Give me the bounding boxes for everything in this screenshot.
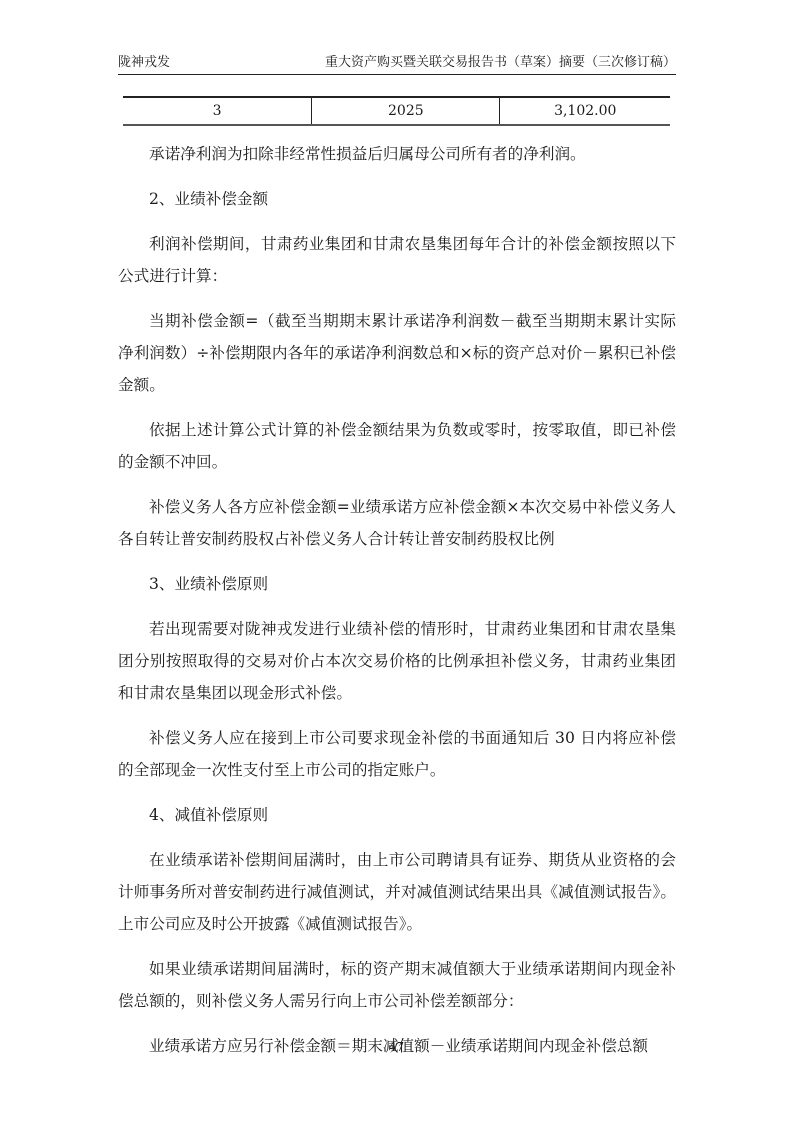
table-cell-amount: 3,102.00	[500, 97, 670, 125]
header-document-title: 重大资产购买暨关联交易报告书（草案）摘要（三次修订稿）	[325, 54, 676, 72]
paragraph-payment-deadline: 补偿义务人应在接到上市公司要求现金补偿的书面通知后 30 日内将应补偿的全部现金…	[118, 722, 676, 786]
header-company-name: 陇神戎发	[118, 54, 170, 72]
profit-commitment-table: 3 2025 3,102.00	[123, 96, 670, 126]
table-row: 3 2025 3,102.00	[123, 97, 670, 125]
page-header: 陇神戎发 重大资产购买暨关联交易报告书（草案）摘要（三次修订稿）	[118, 54, 676, 75]
paragraph-party-allocation-formula: 补偿义务人各方应补偿金额=业绩承诺方应补偿金额×本次交易中补偿义务人各自转让普安…	[118, 491, 676, 555]
table-cell-year: 2025	[312, 97, 500, 125]
paragraph-negative-result-rule: 依据上述计算公式计算的补偿金额结果为负数或零时，按零取值，即已补偿的金额不冲回。	[118, 414, 676, 478]
paragraph-net-profit-definition: 承诺净利润为扣除非经常性损益后归属母公司所有者的净利润。	[118, 138, 676, 170]
page-number: 47	[0, 1040, 793, 1054]
section-heading-compensation-amount: 2、业绩补偿金额	[118, 183, 676, 215]
paragraph-compensation-formula: 当期补偿金额=（截至当期期末累计承诺净利润数－截至当期期末累计实际净利润数）÷补…	[118, 305, 676, 401]
paragraph-impairment-difference: 如果业绩承诺期间届满时，标的资产期末减值额大于业绩承诺期间内现金补偿总额的，则补…	[118, 953, 676, 1017]
document-body: 承诺净利润为扣除非经常性损益后归属母公司所有者的净利润。 2、业绩补偿金额 利润…	[118, 138, 676, 1075]
paragraph-compensation-obligation: 若出现需要对陇神戎发进行业绩补偿的情形时，甘肃药业集团和甘肃农垦集团分别按照取得…	[118, 613, 676, 709]
table-cell-index: 3	[123, 97, 312, 125]
paragraph-impairment-test: 在业绩承诺补偿期间届满时，由上市公司聘请具有证券、期货从业资格的会计师事务所对普…	[118, 844, 676, 940]
section-heading-impairment-principle: 4、减值补偿原则	[118, 799, 676, 831]
section-heading-compensation-principle: 3、业绩补偿原则	[118, 568, 676, 600]
paragraph-compensation-period: 利润补偿期间，甘肃药业集团和甘肃农垦集团每年合计的补偿金额按照以下公式进行计算：	[118, 228, 676, 292]
